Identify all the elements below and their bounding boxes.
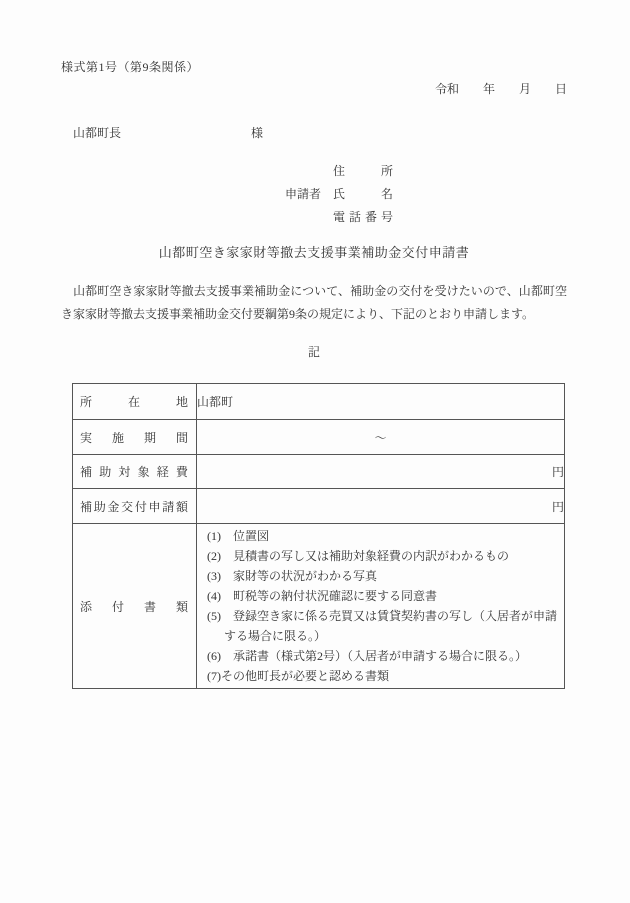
applicant-phone-label: 電話番号 [333, 206, 393, 229]
attachment-item: (3) 家財等の状況がわかる写真 [207, 566, 559, 586]
amount-unit-label: 円 [197, 489, 565, 524]
issue-date-line: 令和 年 月 日 [61, 82, 567, 97]
applicant-name-label: 氏名 [333, 183, 393, 206]
row-label-amount: 補助金交付申請額 [80, 498, 188, 515]
applicant-block: 申請者 住所 氏名 電話番号 [285, 160, 567, 229]
table-row-period: 実施期間 ～ [73, 420, 565, 455]
attachment-item: (2) 見積書の写し又は補助対象経費の内訳がわかるもの [207, 546, 559, 566]
section-marker: 記 [61, 344, 567, 360]
attachment-item: (5) 登録空き家に係る売買又は賃貸契約書の写し（入居者が申請する場合に限る。） [207, 606, 559, 646]
attachment-item: (7)その他町長が必要と認める書類 [207, 666, 559, 686]
applicant-address-label: 住所 [333, 160, 393, 183]
addressee-name: 山都町長 [73, 126, 121, 141]
row-label-period: 実施期間 [80, 429, 188, 446]
document-page: 様式第1号（第9条関係） 令和 年 月 日 山都町長 様 申請者 住所 氏名 電… [0, 0, 630, 903]
attachment-item: (4) 町税等の納付状況確認に要する同意書 [207, 586, 559, 606]
document-title: 山都町空き家家財等撤去支援事業補助金交付申請書 [61, 245, 567, 261]
expense-unit-label: 円 [197, 455, 565, 489]
body-paragraph: 山都町空き家家財等撤去支援事業補助金について、補助金の交付を受けたいので、山都町… [61, 280, 567, 326]
applicant-label: 申請者 [285, 183, 329, 206]
form-number: 様式第1号（第9条関係） [61, 60, 567, 75]
attachment-list: (1) 位置図 (2) 見積書の写し又は補助対象経費の内訳がわかるもの (3) … [197, 524, 564, 688]
addressee-line: 山都町長 様 [61, 126, 567, 141]
table-row-location: 所在地 山都町 [73, 384, 565, 420]
table-row-expense: 補助対象経費 円 [73, 455, 565, 489]
location-value: 山都町 [197, 384, 565, 420]
attachment-item: (6) 承諾書（様式第2号）（入居者が申請する場合に限る。） [207, 646, 559, 666]
application-table: 所在地 山都町 実施期間 ～ 補助対象経費 円 補助金交付申請額 円 添付書類 [72, 383, 565, 689]
row-label-attachments: 添付書類 [80, 598, 188, 615]
addressee-honorific: 様 [251, 126, 263, 141]
table-row-amount: 補助金交付申請額 円 [73, 489, 565, 524]
row-label-expense: 補助対象経費 [80, 463, 188, 480]
attachment-item: (1) 位置図 [207, 526, 559, 546]
row-label-location: 所在地 [80, 393, 188, 410]
period-value: ～ [197, 420, 565, 455]
table-row-attachments: 添付書類 (1) 位置図 (2) 見積書の写し又は補助対象経費の内訳がわかるもの… [73, 524, 565, 689]
